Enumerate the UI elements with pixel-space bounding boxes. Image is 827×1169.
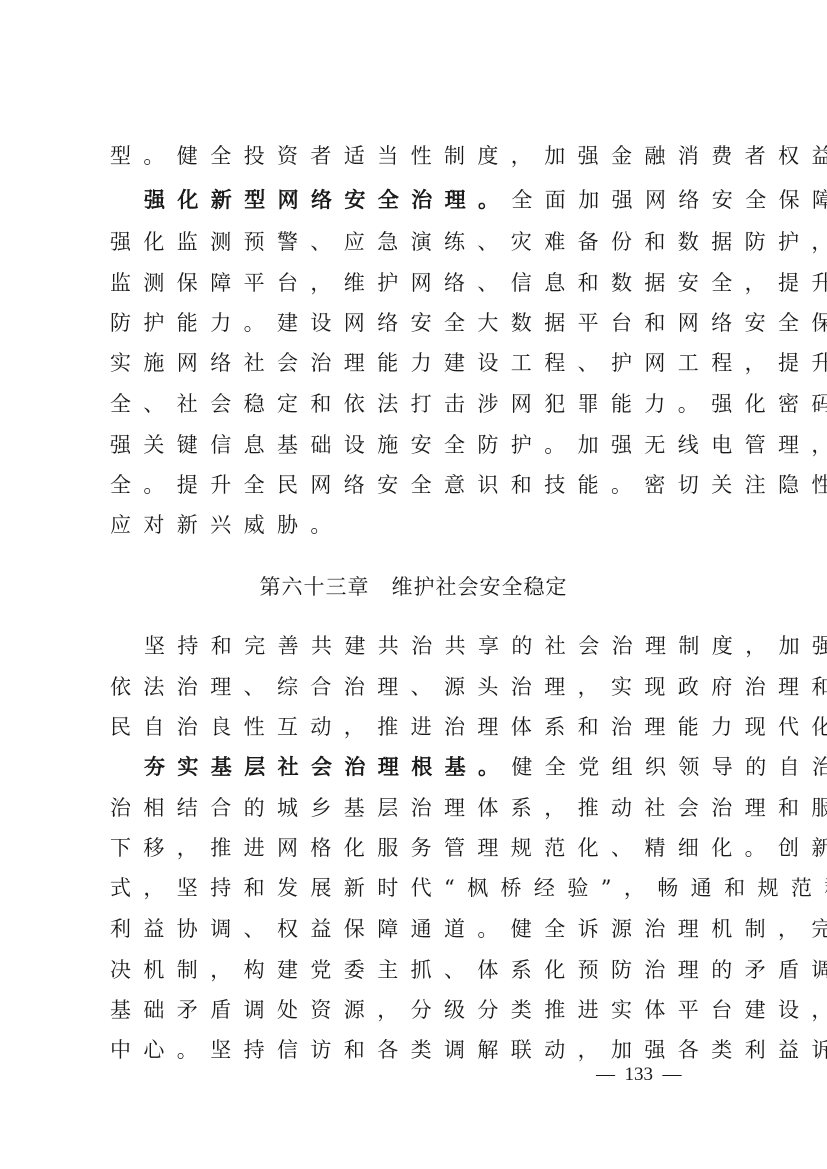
- paragraph-line: 中心。坚持信访和各类调解联动，加强各类利益诉求群体教育稳: [110, 1035, 730, 1065]
- line-text: 全面加强网络安全保障体系建设，: [511, 188, 827, 212]
- line-text: 防护能力。建设网络安全大数据平台和网络安全保卫基地，深入: [110, 311, 827, 335]
- paragraph-line: 监测保障平台，维护网络、信息和数据安全，提升网络安全整体: [110, 268, 730, 298]
- paragraph-line: 治相结合的城乡基层治理体系，推动社会治理和服务重心向基层: [110, 793, 730, 823]
- paragraph-line: 全。提升全民网络安全意识和技能。密切关注隐性风险点，积极: [110, 470, 730, 500]
- paragraph-line: 利益协调、权益保障通道。健全诉源治理机制，完善非诉纠纷解: [110, 914, 730, 944]
- line-text: 治相结合的城乡基层治理体系，推动社会治理和服务重心向基层: [110, 796, 827, 820]
- line-text: 强关键信息基础设施安全防护。加强无线电管理，保障无线电安: [110, 433, 827, 457]
- line-text: 全。提升全民网络安全意识和技能。密切关注隐性风险点，积极: [110, 473, 827, 497]
- line-text: 全、社会稳定和依法打击涉网犯罪能力。强化密码技术应用，加: [110, 392, 827, 416]
- paragraph-line: 强化监测预警、应急演练、灾难备份和数据防护，建设网络安全: [110, 227, 730, 257]
- line-text: 强化监测预警、应急演练、灾难备份和数据防护，建设网络安全: [110, 230, 827, 254]
- paragraph-line: 型。健全投资者适当性制度，加强金融消费者权益保护。: [110, 141, 730, 171]
- chapter-heading: 第六十三章 维护社会安全稳定: [0, 572, 827, 602]
- paragraph-line: 依法治理、综合治理、源头治理，实现政府治理和社会调节、居: [110, 672, 730, 702]
- line-text: 实施网络社会治理能力建设工程、护网工程，提升维护政治安: [110, 351, 827, 375]
- line-text: 应对新兴威胁。: [110, 513, 344, 537]
- paragraph-line: 防护能力。建设网络安全大数据平台和网络安全保卫基地，深入: [110, 308, 730, 338]
- line-text: 型。健全投资者适当性制度，加强金融消费者权益保护。: [110, 144, 827, 168]
- line-text: 中心。坚持信访和各类调解联动，加强各类利益诉求群体教育稳: [110, 1038, 827, 1062]
- line-text: 监测保障平台，维护网络、信息和数据安全，提升网络安全整体: [110, 271, 827, 295]
- line-text: 下移，推进网格化服务管理规范化、精细化。创新楼宇党建模: [110, 836, 827, 860]
- line-text: 健全党组织领导的自治、法治、德: [511, 755, 827, 779]
- line-text: 依法治理、综合治理、源头治理，实现政府治理和社会调节、居: [110, 675, 827, 699]
- document-page: 型。健全投资者适当性制度，加强金融消费者权益保护。 强化新型网络安全治理。全面加…: [0, 0, 827, 1169]
- paragraph-line: 全、社会稳定和依法打击涉网犯罪能力。强化密码技术应用，加: [110, 389, 730, 419]
- page-number: — 133 —: [596, 1062, 682, 1088]
- bold-heading-text: 强化新型网络安全治理。: [144, 187, 511, 212]
- line-text: 式，坚持和发展新时代“枫桥经验”，畅通和规范群众诉求表达、: [110, 876, 827, 900]
- line-text: 坚持和完善共建共治共享的社会治理制度，加强系统治理、: [144, 634, 827, 658]
- paragraph-line: 式，坚持和发展新时代“枫桥经验”，畅通和规范群众诉求表达、: [110, 873, 730, 903]
- paragraph-line: 强化新型网络安全治理。全面加强网络安全保障体系建设，: [144, 185, 730, 215]
- line-text: 民自治良性互动，推进治理体系和治理能力现代化。: [110, 715, 827, 739]
- line-text: 利益协调、权益保障通道。健全诉源治理机制，完善非诉纠纷解: [110, 917, 827, 941]
- paragraph-line: 基础矛盾调处资源，分级分类推进实体平台建设，变多中心为一: [110, 995, 730, 1025]
- paragraph-line: 夯实基层社会治理根基。健全党组织领导的自治、法治、德: [144, 752, 730, 782]
- line-text: 决机制，构建党委主抓、体系化预防治理的矛盾调处格局。整合: [110, 958, 827, 982]
- paragraph-line: 决机制，构建党委主抓、体系化预防治理的矛盾调处格局。整合: [110, 955, 730, 985]
- paragraph-line: 实施网络社会治理能力建设工程、护网工程，提升维护政治安: [110, 348, 730, 378]
- paragraph-line: 下移，推进网格化服务管理规范化、精细化。创新楼宇党建模: [110, 833, 730, 863]
- paragraph-line: 应对新兴威胁。: [110, 510, 730, 540]
- paragraph-line: 坚持和完善共建共治共享的社会治理制度，加强系统治理、: [144, 631, 730, 661]
- paragraph-line: 民自治良性互动，推进治理体系和治理能力现代化。: [110, 712, 730, 742]
- line-text: 基础矛盾调处资源，分级分类推进实体平台建设，变多中心为一: [110, 998, 827, 1022]
- paragraph-line: 强关键信息基础设施安全防护。加强无线电管理，保障无线电安: [110, 430, 730, 460]
- bold-heading-text: 夯实基层社会治理根基。: [144, 754, 511, 779]
